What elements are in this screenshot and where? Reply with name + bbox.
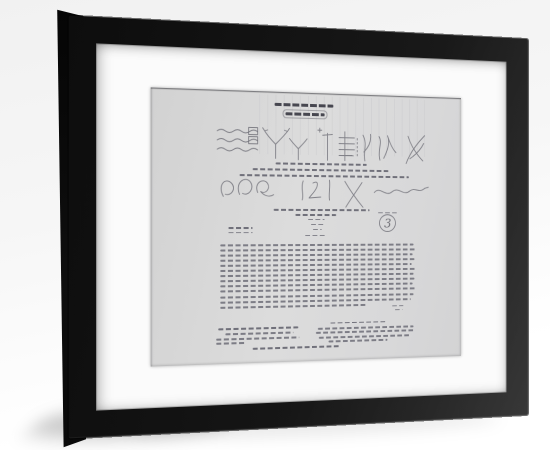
handwritten-line [286, 112, 325, 116]
handwritten-line [216, 342, 246, 345]
handwritten-line [274, 209, 370, 211]
handwritten-line [220, 283, 412, 288]
handwritten-line [253, 345, 340, 349]
handwritten-line [220, 258, 414, 262]
handwritten-line [220, 273, 413, 277]
handwritten-line [313, 229, 322, 230]
handwritten-line [308, 219, 325, 220]
product-photo: 3 [0, 0, 550, 450]
handwritten-line [220, 263, 411, 267]
handwritten-line [392, 305, 403, 306]
handwritten-line [319, 334, 411, 339]
picture-frame: 3 [69, 16, 529, 439]
handwritten-line [220, 243, 413, 246]
artwork-page: 3 [151, 87, 461, 366]
handwritten-line [220, 293, 413, 298]
handwritten-line [220, 253, 412, 256]
handwritten-line [316, 329, 415, 334]
handwritten-line [240, 174, 409, 178]
handwritten-line [378, 212, 397, 213]
handwritten-line [220, 268, 415, 272]
handwritten-line [253, 168, 389, 172]
handwritten-line [220, 288, 415, 293]
handwritten-line [275, 103, 334, 108]
handwritten-line [220, 298, 411, 304]
handwritten-line [328, 339, 387, 343]
handwritten-line [395, 309, 402, 310]
handwritten-line [228, 232, 252, 233]
handwritten-line [228, 227, 252, 229]
handwritten-line [220, 304, 366, 309]
handwritten-line [276, 162, 367, 165]
handwritten-line [330, 321, 385, 324]
handwritten-line [311, 224, 324, 225]
handwritten-line [220, 248, 415, 251]
handwritten-line [295, 214, 336, 216]
handwritten-line [225, 331, 293, 335]
handwritten-line [218, 326, 298, 330]
handwritten-line [305, 235, 326, 236]
handwritten-line [220, 278, 414, 283]
mat-board: 3 [96, 43, 506, 410]
handwriting-layer [151, 87, 461, 366]
handwritten-line [216, 336, 299, 340]
